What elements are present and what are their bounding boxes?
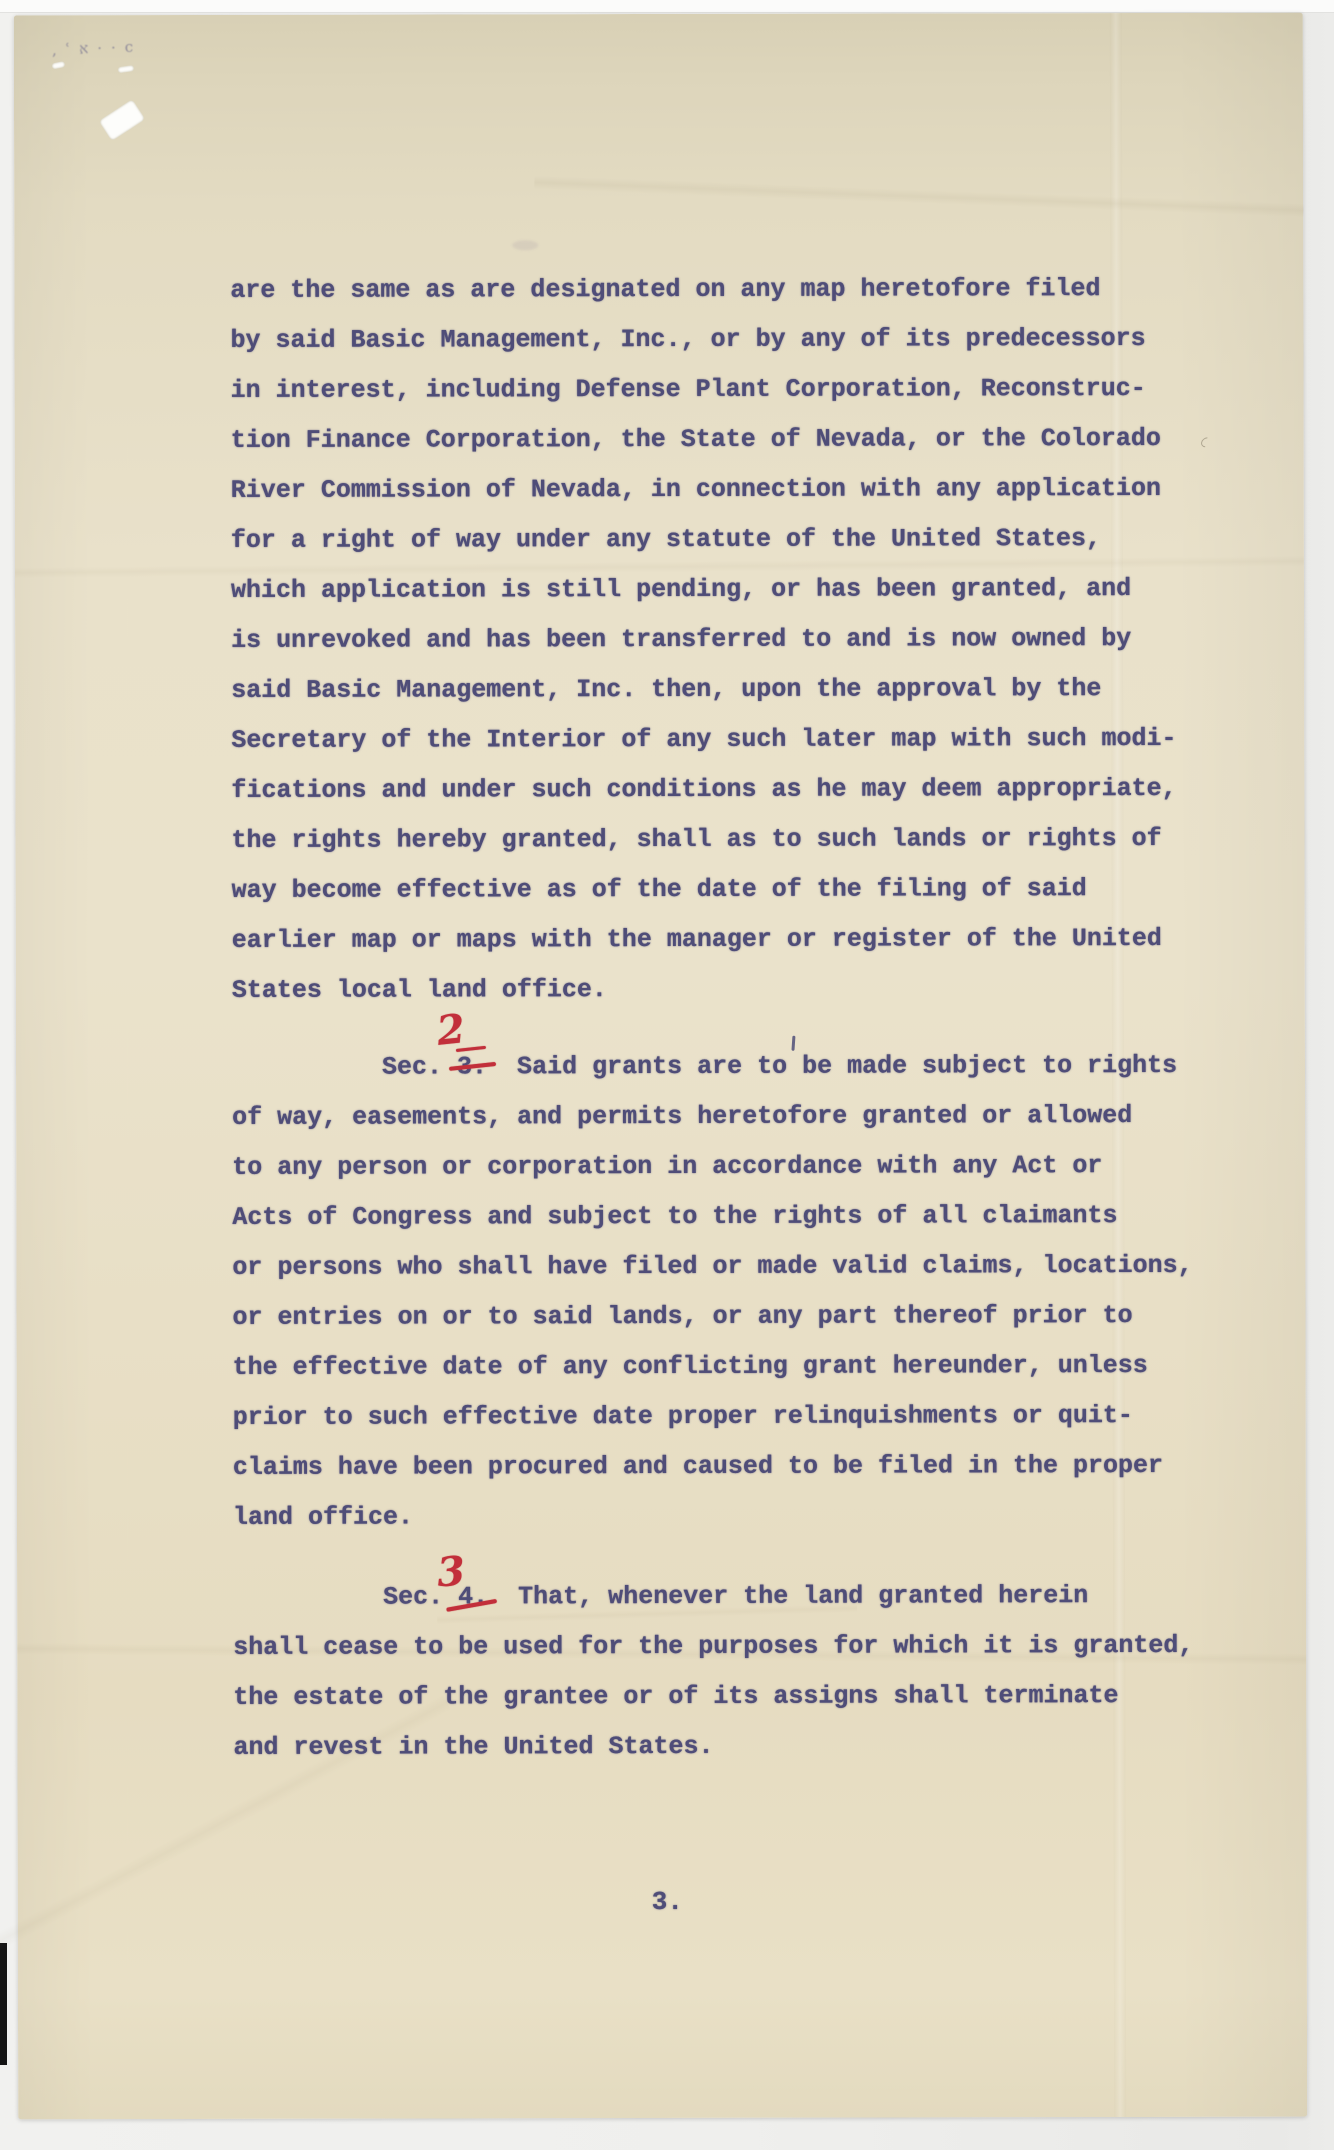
- text-line: and revest in the United States.: [233, 1721, 1193, 1773]
- text-line: the effective date of any conflicting gr…: [233, 1341, 1193, 1393]
- text-line: earlier map or maps with the manager or …: [232, 914, 1177, 966]
- text-line: or persons who shall have filed or made …: [232, 1241, 1192, 1293]
- paragraph-continuation: are the same as are designated on any ma…: [230, 264, 1177, 1016]
- text-line: way become effective as of the date of t…: [232, 864, 1177, 916]
- text-line: fications and under such conditions as h…: [231, 764, 1176, 816]
- handwritten-red-3: 3: [435, 1548, 466, 1597]
- text-line: shall cease to be used for the purposes …: [233, 1621, 1193, 1673]
- paper-crease: [534, 159, 1305, 233]
- paper-chip-damage: [118, 65, 135, 73]
- text-line: or entries on or to said lands, or any p…: [232, 1291, 1192, 1343]
- text-line: is unrevoked and has been transferred to…: [231, 614, 1176, 666]
- text-line: States local land office.: [232, 964, 1177, 1016]
- paper-smudge: [512, 240, 538, 250]
- paper-chip-damage: [99, 99, 146, 141]
- paper-chip-damage: [51, 61, 65, 70]
- text-line: Secretary of the Interior of any such la…: [231, 714, 1176, 766]
- text-line: which application is still pending, or h…: [231, 564, 1176, 616]
- text-line: said Basic Management, Inc. then, upon t…: [231, 664, 1176, 716]
- text-line: Sec. 4. That, whenever the land granted …: [233, 1571, 1193, 1623]
- text-line: River Commission of Nevada, in connectio…: [231, 464, 1176, 516]
- page-number: 3.: [652, 1882, 683, 1922]
- scanned-document: ,ʿא··c are the same as are designated on…: [0, 0, 1334, 2150]
- text-line: are the same as are designated on any ma…: [230, 264, 1175, 316]
- text-line: prior to such effective date proper reli…: [233, 1391, 1193, 1443]
- scanner-top-band: [0, 0, 1334, 13]
- text-line: the estate of the grantee or of its assi…: [233, 1671, 1193, 1723]
- text-line: of way, easements, and permits heretofor…: [232, 1091, 1192, 1143]
- text-line: to any person or corporation in accordan…: [232, 1141, 1192, 1193]
- document-page: ,ʿא··c are the same as are designated on…: [14, 13, 1307, 2120]
- text-line: by said Basic Management, Inc., or by an…: [230, 314, 1175, 366]
- text-line: land office.: [233, 1491, 1193, 1543]
- ink-speck: [1199, 435, 1213, 449]
- text-line: for a right of way under any statute of …: [231, 514, 1176, 566]
- faint-pencil-marks: ,ʿא··c: [52, 38, 143, 60]
- text-line: Sec. 3. Said grants are to be made subje…: [232, 1041, 1192, 1093]
- text-line: claims have been procured and caused to …: [233, 1441, 1193, 1493]
- paragraph-section-4: Sec. 4. That, whenever the land granted …: [233, 1571, 1194, 1773]
- paragraph-section-3: Sec. 3. Said grants are to be made subje…: [232, 1041, 1193, 1543]
- text-line: tion Finance Corporation, the State of N…: [231, 414, 1176, 466]
- text-line: the rights hereby granted, shall as to s…: [231, 814, 1176, 866]
- text-line: in interest, including Defense Plant Cor…: [231, 364, 1176, 416]
- text-line: Acts of Congress and subject to the righ…: [232, 1191, 1192, 1243]
